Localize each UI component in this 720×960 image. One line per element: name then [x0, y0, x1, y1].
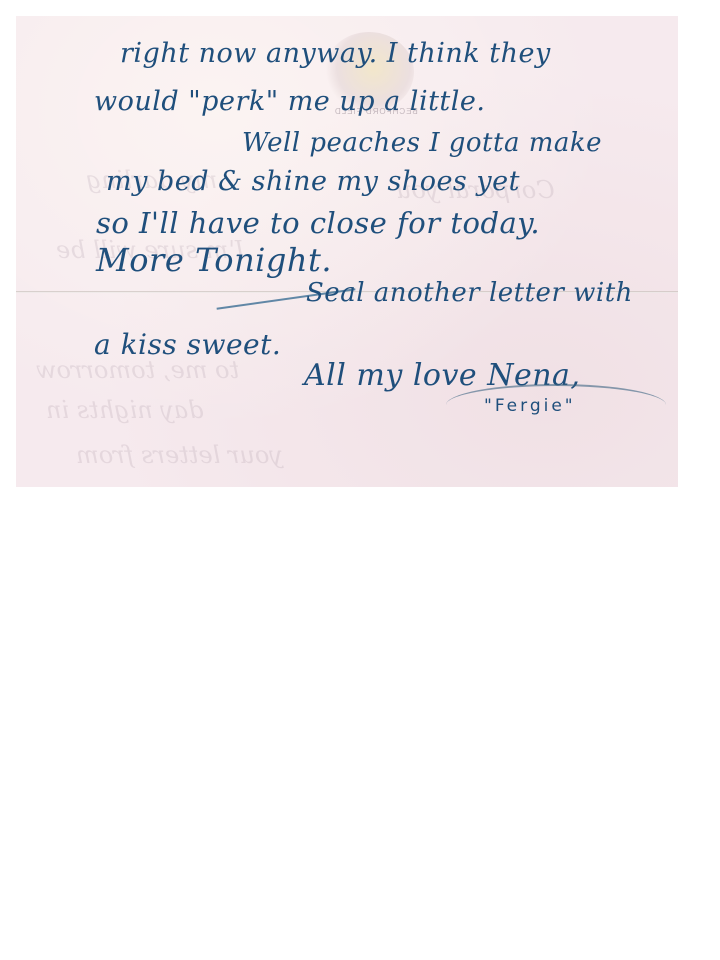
bleed-through-text: day nights in	[46, 396, 204, 424]
signature: "Fergie"	[484, 396, 576, 416]
letter-line: would "perk" me up a little.	[94, 86, 485, 117]
bleed-through-text: your letters from	[76, 441, 283, 469]
letter-line: right now anyway. I think they	[120, 38, 551, 69]
letter-line: so I'll have to close for today.	[96, 206, 540, 240]
letter-line: More Tonight.	[96, 241, 332, 279]
letter-line: a kiss sweet.	[94, 328, 281, 361]
letter-line: my bed & shine my shoes yet	[106, 166, 520, 197]
letter-page: BECHFORD FIELD my darling Corporal you I…	[16, 16, 678, 487]
letter-line: Seal another letter with	[306, 278, 633, 308]
letter-line: Well peaches I gotta make	[242, 128, 602, 158]
